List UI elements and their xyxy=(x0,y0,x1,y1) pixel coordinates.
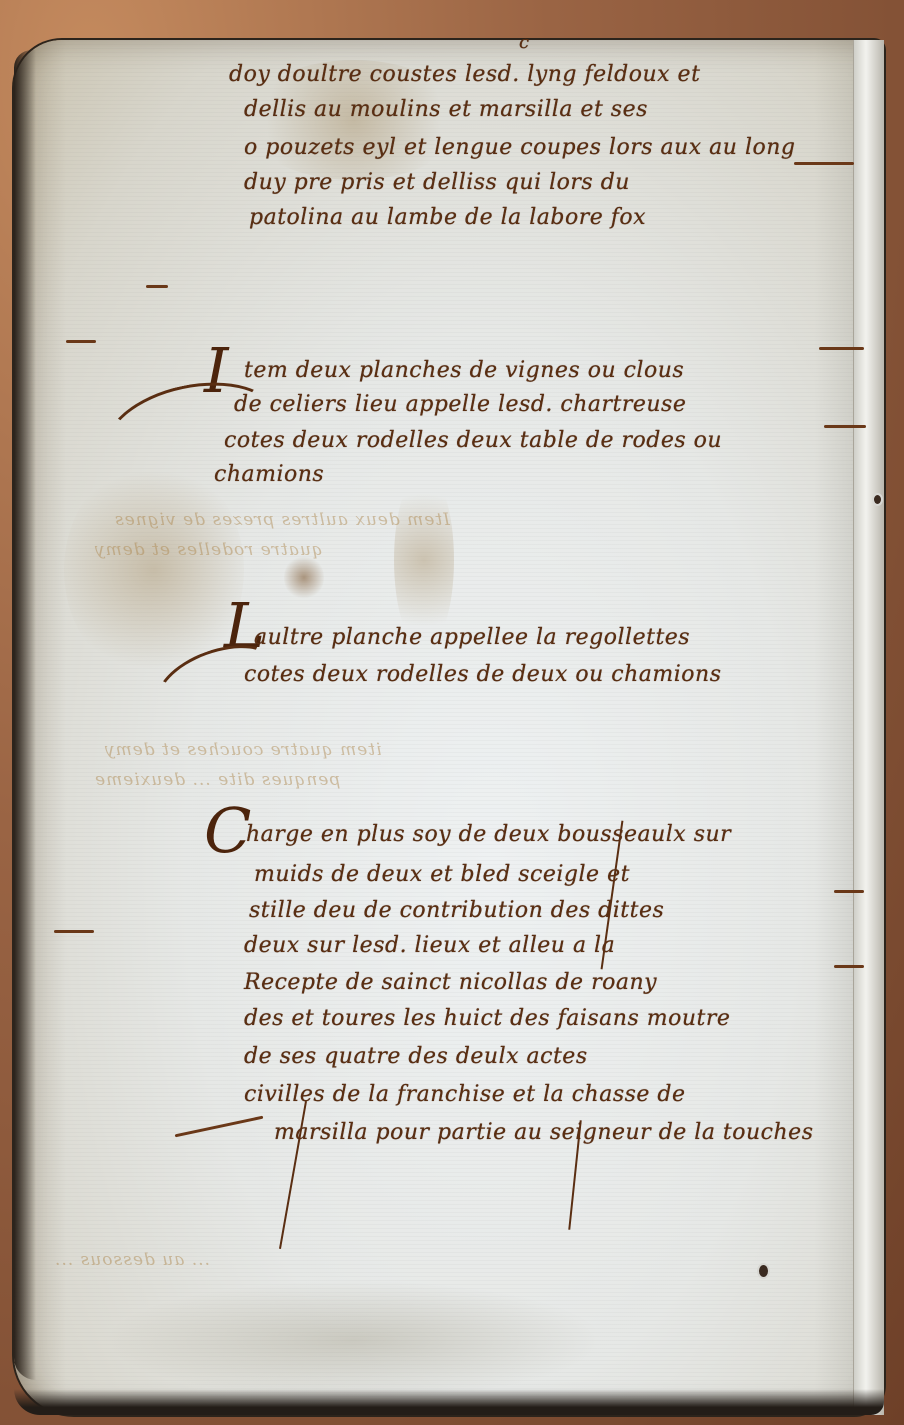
manuscript-page: Item deux aultres prezes de vignes quatr… xyxy=(14,40,884,1415)
entry-2-line-3: cotes deux rodelles deux table de rodes … xyxy=(224,428,722,453)
entry-1-line-3: o pouzets eyl et lengue coupes lors aux … xyxy=(244,135,796,160)
bleed-through-text: penques dite ... deuxieme xyxy=(94,770,340,790)
water-stain xyxy=(104,1280,604,1400)
entry-2-line-1: tem deux planches de vignes ou clous xyxy=(244,358,684,383)
entry-4-line-7: de ses quatre des deulx actes xyxy=(244,1044,588,1069)
bleed-through-text: ... au dessous ... xyxy=(54,1250,210,1270)
entry-1-line-2: dellis au moulins et marsilla et ses xyxy=(244,97,648,122)
bleed-through-text: quatre rodelles et demy xyxy=(94,540,323,560)
paper-hole xyxy=(874,495,881,504)
entry-3-line-2: cotes deux rodelles de deux ou chamions xyxy=(244,662,722,687)
margin-dash xyxy=(146,285,168,288)
entry-4-initial: C xyxy=(204,800,251,862)
bleed-through-text: item quatre couches et demy xyxy=(104,740,382,760)
water-stain xyxy=(64,460,244,680)
entry-3-line-1: aultre planche appellee la regollettes xyxy=(254,625,690,650)
entry-4-line-2: muids de deux et bled sceigle et xyxy=(254,862,630,887)
entry-1-line-1: doy doultre coustes lesd. lyng feldoux e… xyxy=(229,62,700,87)
paper-hole xyxy=(759,1265,768,1277)
margin-dash xyxy=(66,340,96,343)
entry-1-line-4: duy pre pris et delliss qui lors du xyxy=(244,170,630,195)
page-binding-gutter xyxy=(853,40,884,1415)
page-bottom-edge xyxy=(14,1389,884,1415)
line-filler-dash xyxy=(794,162,854,165)
bleed-through-text: Item deux aultres prezes de vignes xyxy=(114,510,450,530)
line-filler-dash xyxy=(819,347,864,350)
entry-4-line-9: marsilla pour partie au seigneur de la t… xyxy=(274,1120,813,1145)
line-filler-dash xyxy=(834,890,864,893)
entry-4-line-3: stille deu de contribution des dittes xyxy=(249,898,664,923)
entry-4-line-8: civilles de la franchise et la chasse de xyxy=(244,1082,686,1107)
entry-4-line-4: deux sur lesd. lieux et alleu a la xyxy=(244,933,615,958)
entry-4-line-6: des et toures les huict des faisans mout… xyxy=(244,1006,730,1031)
entry-4-line-1: harge en plus soy de deux bousseaulx sur xyxy=(246,822,731,847)
page-left-edge-shadow xyxy=(14,50,36,1380)
entry-1-line-5: patolina au lambe de la labore fox xyxy=(249,205,646,230)
entry-2-line-4: chamions xyxy=(214,462,324,487)
ink-blot xyxy=(284,555,324,600)
line-filler-dash xyxy=(175,1116,264,1138)
line-filler-dash xyxy=(824,425,866,428)
margin-dash xyxy=(54,930,94,933)
line-filler-dash xyxy=(834,965,864,968)
entry-4-line-5: Recepte de sainct nicollas de roany xyxy=(244,970,657,995)
top-mark: c xyxy=(519,32,530,53)
entry-2-line-2: de celiers lieu appelle lesd. chartreuse xyxy=(234,392,686,417)
water-stain xyxy=(394,470,454,650)
